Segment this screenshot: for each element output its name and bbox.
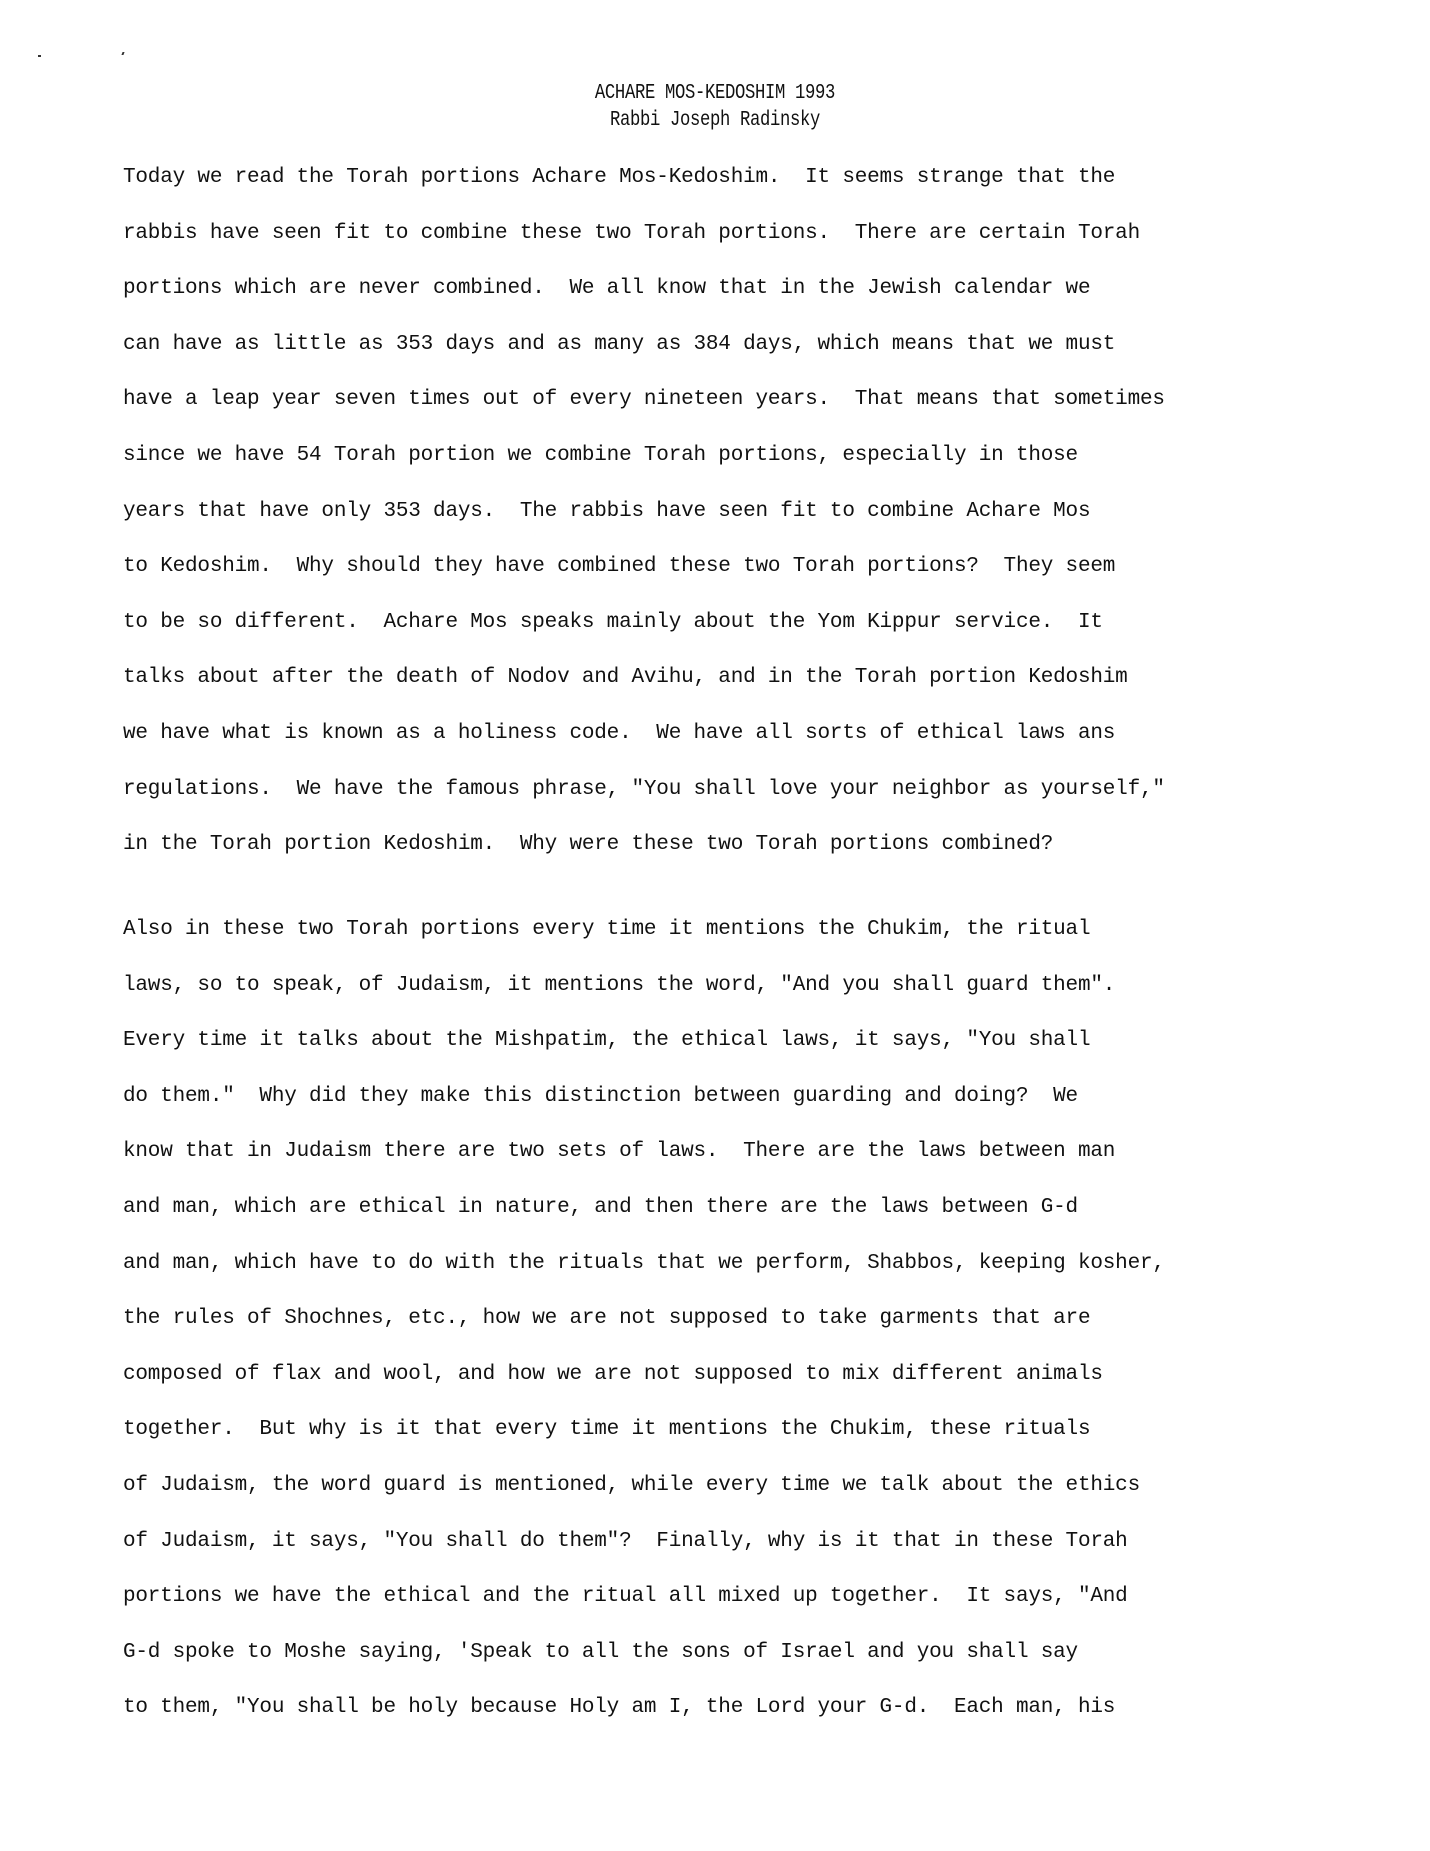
text-line: of Judaism, it says, "You shall do them"… xyxy=(123,1529,1128,1555)
text-line: composed of flax and wool, and how we ar… xyxy=(123,1362,1103,1388)
text-line: talks about after the death of Nodov and… xyxy=(123,665,1128,691)
text-line: know that in Judaism there are two sets … xyxy=(123,1139,1115,1165)
text-line: and man, which are ethical in nature, an… xyxy=(123,1195,1078,1221)
text-line: G-d spoke to Moshe saying, 'Speak to all… xyxy=(123,1640,1078,1666)
text-line: in the Torah portion Kedoshim. Why were … xyxy=(123,832,1053,858)
text-line: to them, "You shall be holy because Holy… xyxy=(123,1695,1115,1721)
text-line: to be so different. Achare Mos speaks ma… xyxy=(123,610,1103,636)
text-line: years that have only 353 days. The rabbi… xyxy=(123,499,1090,525)
text-line: we have what is known as a holiness code… xyxy=(123,721,1115,747)
text-line: have a leap year seven times out of ever… xyxy=(123,387,1165,413)
document-title: ACHARE MOS-KEDOSHIM 1993 xyxy=(129,80,1302,108)
text-line: Today we read the Torah portions Achare … xyxy=(123,165,1115,191)
text-line: Every time it talks about the Mishpatim,… xyxy=(123,1028,1090,1054)
text-line: can have as little as 353 days and as ma… xyxy=(123,332,1115,358)
text-line: of Judaism, the word guard is mentioned,… xyxy=(123,1473,1140,1499)
text-line: together. But why is it that every time … xyxy=(123,1417,1090,1443)
text-line: laws, so to speak, of Judaism, it mentio… xyxy=(123,973,1115,999)
text-line: portions which are never combined. We al… xyxy=(123,276,1090,302)
text-line: do them." Why did they make this distinc… xyxy=(123,1084,1078,1110)
text-line: regulations. We have the famous phrase, … xyxy=(123,777,1165,803)
document-author: Rabbi Joseph Radinsky xyxy=(129,107,1302,135)
text-line: and man, which have to do with the ritua… xyxy=(123,1251,1165,1277)
text-line: to Kedoshim. Why should they have combin… xyxy=(123,554,1115,580)
scan-speck xyxy=(121,52,124,55)
text-line: since we have 54 Torah portion we combin… xyxy=(123,443,1078,469)
text-line: Also in these two Torah portions every t… xyxy=(123,917,1090,943)
text-line: the rules of Shochnes, etc., how we are … xyxy=(123,1306,1090,1332)
text-line: rabbis have seen fit to combine these tw… xyxy=(123,221,1140,247)
text-line: portions we have the ethical and the rit… xyxy=(123,1584,1128,1610)
scan-speck xyxy=(38,55,41,57)
